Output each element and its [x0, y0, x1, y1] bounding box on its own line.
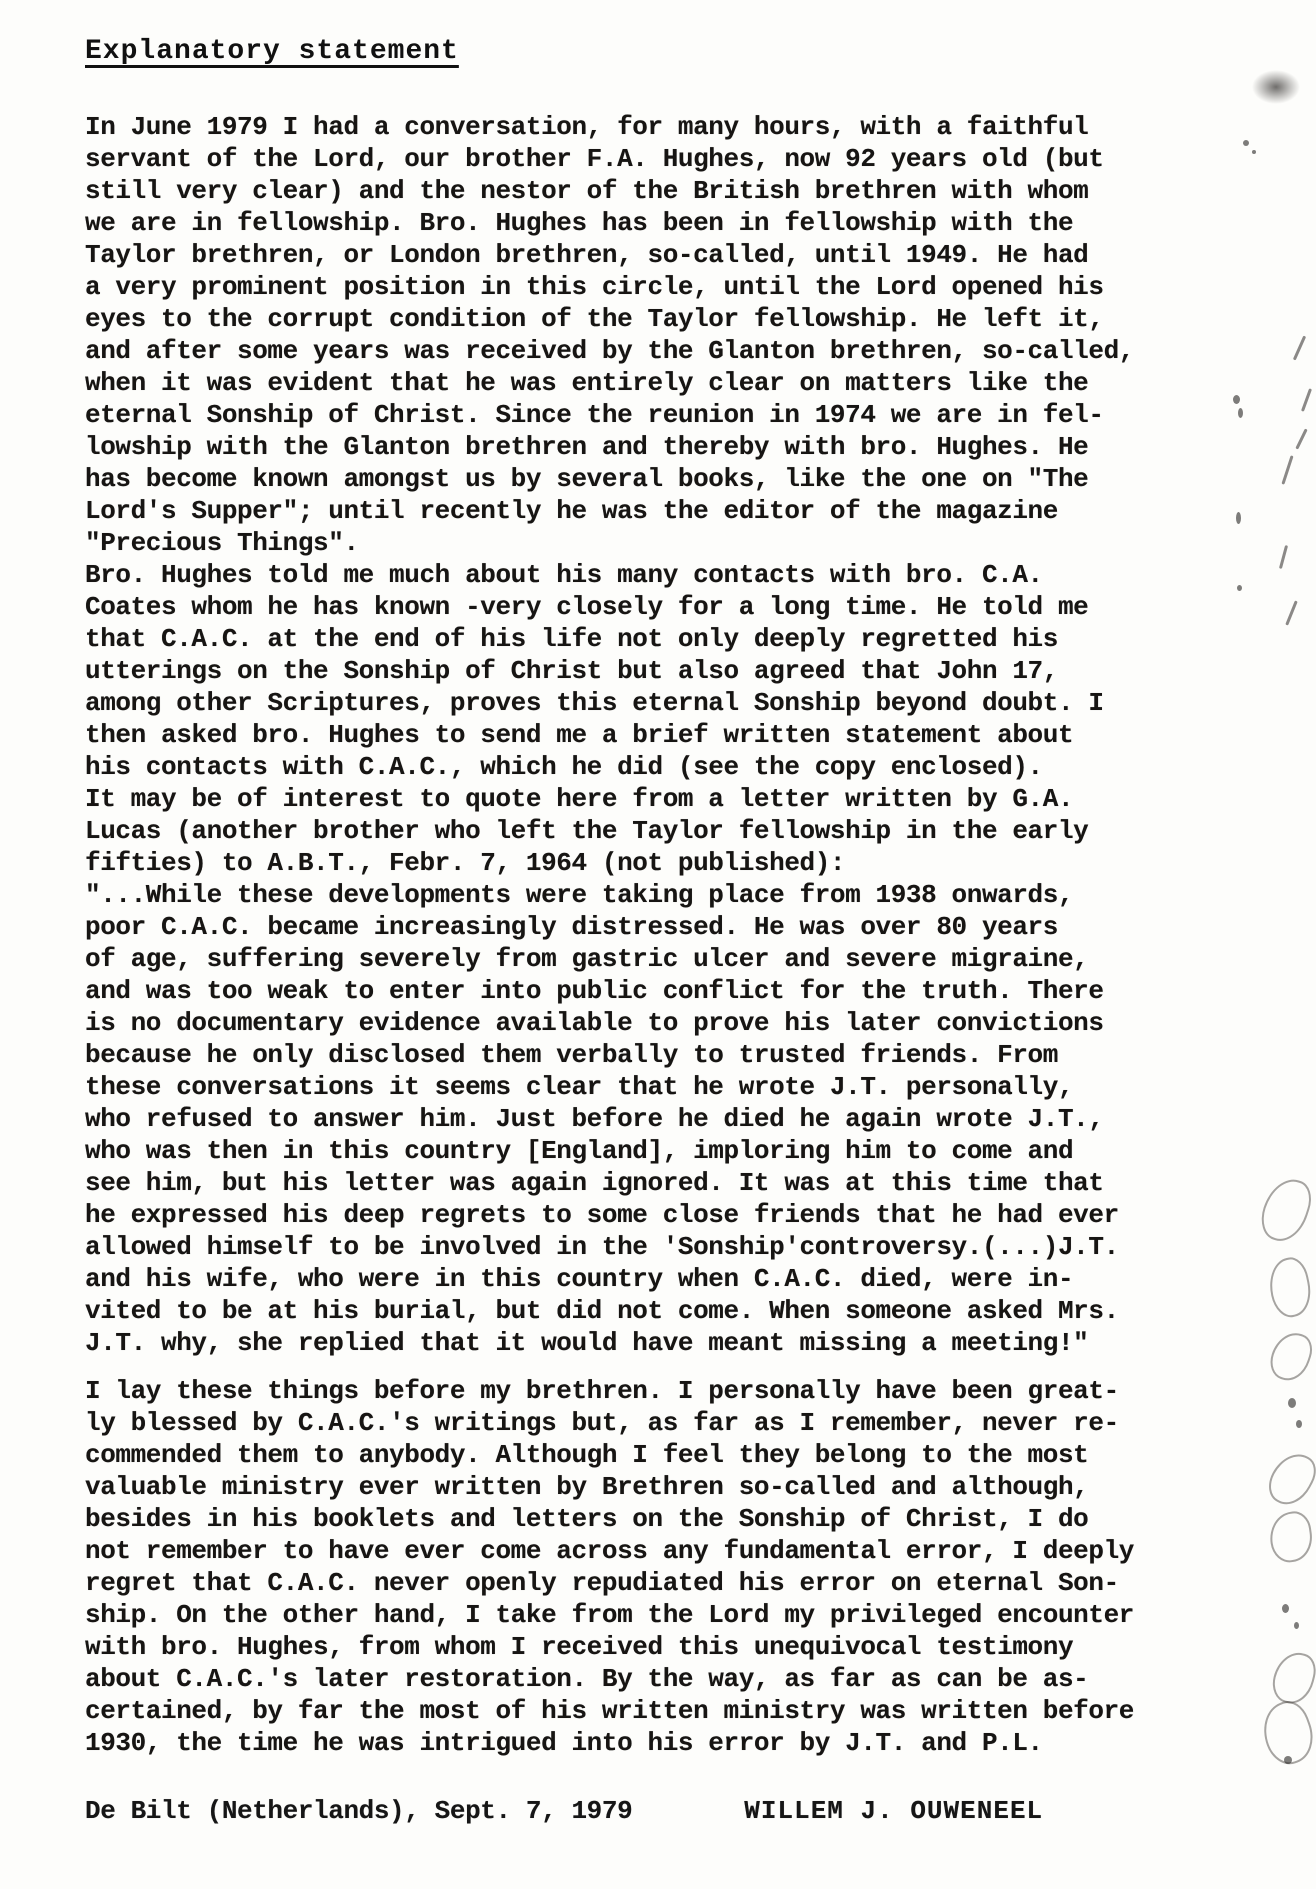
- document-title: Explanatory statement: [85, 36, 1265, 67]
- ink-smudge: [1288, 1398, 1296, 1408]
- ink-smudge: [1243, 140, 1249, 146]
- ink-smudge: [1293, 336, 1306, 361]
- ink-smudge: [1285, 600, 1298, 625]
- ink-smudge: [1237, 585, 1242, 591]
- ink-smudge: [1262, 1446, 1316, 1512]
- document-content: Explanatory statement In June 1979 I had…: [85, 36, 1265, 1827]
- ink-smudge: [1252, 150, 1256, 154]
- ink-smudge: [1294, 1622, 1299, 1629]
- document-footer: De Bilt (Netherlands), Sept. 7, 1979 WIL…: [85, 1795, 1265, 1827]
- scanned-document-page: Explanatory statement In June 1979 I had…: [0, 0, 1316, 1889]
- ink-smudge: [1301, 388, 1312, 412]
- ink-smudge: [1236, 512, 1241, 524]
- ink-smudge: [1295, 428, 1307, 449]
- ink-smudge: [1233, 395, 1240, 404]
- ink-smudge: [1268, 1648, 1316, 1708]
- ink-smudge: [1265, 1327, 1316, 1385]
- footer-place-date: De Bilt (Netherlands), Sept. 7, 1979: [85, 1795, 632, 1827]
- ink-smudge: [1284, 1756, 1292, 1764]
- body-paragraph-1: In June 1979 I had a conversation, for m…: [85, 111, 1265, 1359]
- ink-smudge: [1238, 408, 1243, 418]
- ink-smudge: [1279, 545, 1288, 569]
- ink-smudge: [1296, 1420, 1302, 1428]
- ink-smudge: [1282, 1604, 1289, 1613]
- ink-smudge: [1252, 70, 1300, 104]
- ink-smudge: [1264, 1254, 1315, 1320]
- ink-smudge: [1267, 1509, 1316, 1564]
- body-paragraph-2: I lay these things before my brethren. I…: [85, 1375, 1265, 1759]
- footer-signature: WILLEM J. OUWENEEL: [744, 1795, 1043, 1827]
- ink-smudge: [1281, 455, 1293, 484]
